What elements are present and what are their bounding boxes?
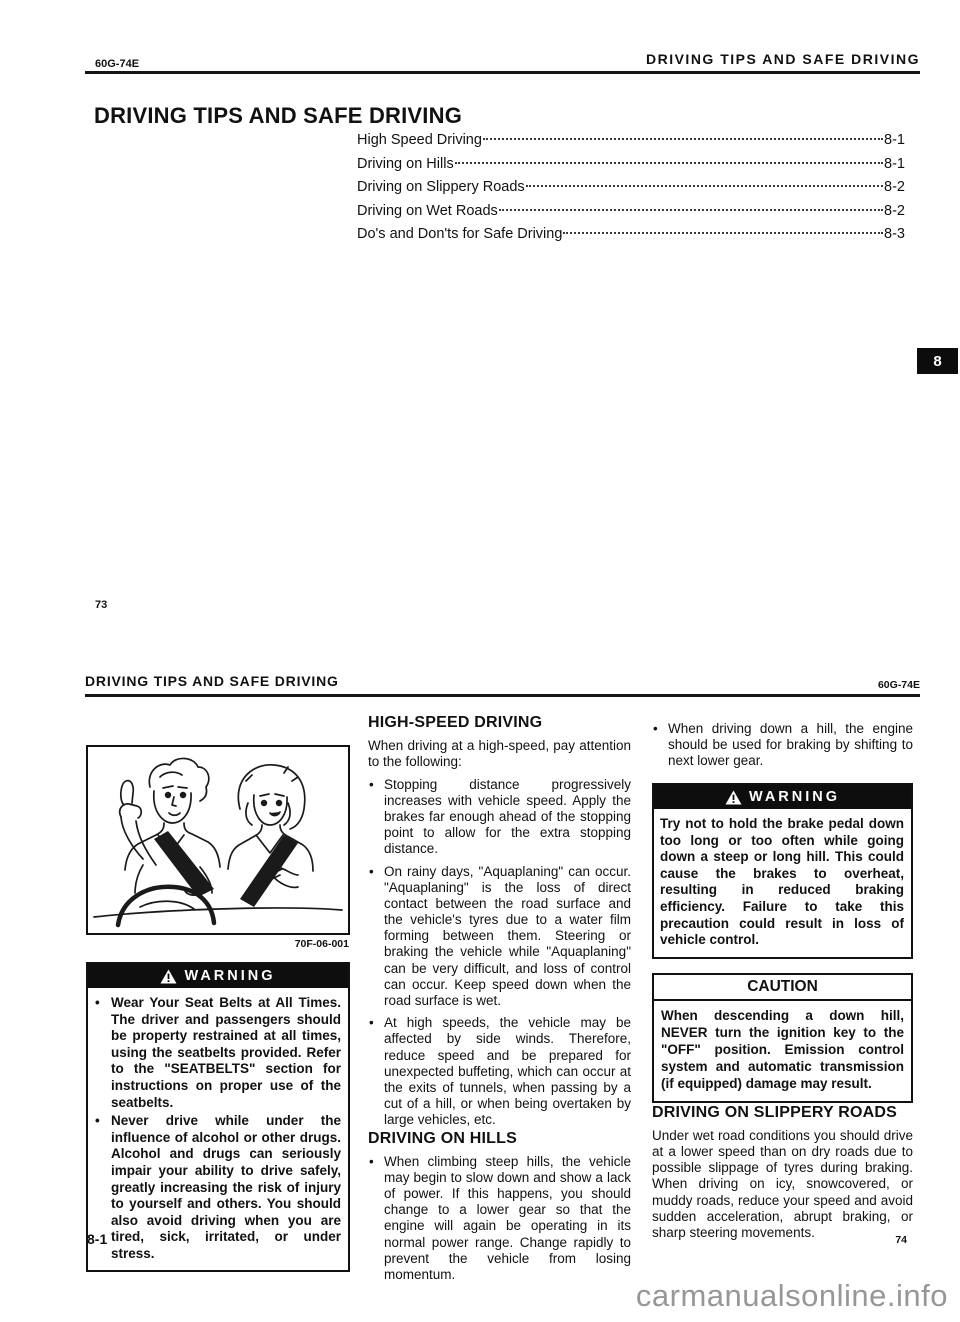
warning-item-text: Wear Your Seat Belts at All Times. The d… [111,995,341,1111]
warning-body: • Wear Your Seat Belts at All Times. The… [88,988,348,1271]
heading-driving-on-hills: DRIVING ON HILLS [368,1129,631,1148]
warning-body: Try not to hold the brake pedal down too… [654,809,911,957]
bullet-marker: • [368,1015,384,1128]
section-thumb-tab: 8 [917,348,958,374]
warning-item: • Never drive while under the influence … [94,1113,341,1262]
scan-page-number-74: 74 [895,1234,907,1246]
toc-dot-leader [455,162,883,164]
warning-item-text: Never drive while under the influence of… [111,1113,341,1262]
slippery-roads-text: Under wet road conditions you should dri… [652,1128,913,1241]
warning-triangle-icon [725,790,742,805]
running-header-top-right: DRIVING TIPS AND SAFE DRIVING [646,51,920,67]
toc-entry-label: Do's and Don'ts for Safe Driving [357,226,562,242]
figure-code-label: 70F-06-001 [86,938,349,951]
toc-entry-label: High Speed Driving [357,132,482,148]
bullet-marker: • [368,777,384,858]
list-item: • Stopping distance progressively increa… [368,777,631,858]
toc-entry: Do's and Don'ts for Safe Driving 8-3 [357,226,905,250]
toc-entry-page: 8-1 [884,132,905,148]
manual-scan-sheet: 60G-74E DRIVING TIPS AND SAFE DRIVING DR… [0,0,960,1322]
list-item-text: When climbing steep hills, the vehicle m… [384,1154,631,1284]
bullet-marker: • [368,864,384,1010]
list-item: • At high speeds, the vehicle may be aff… [368,1015,631,1128]
heading-high-speed-driving: HIGH-SPEED DRIVING [368,713,631,732]
warning-item: • Wear Your Seat Belts at All Times. The… [94,995,341,1111]
list-item: • When climbing steep hills, the vehicle… [368,1154,631,1284]
column-middle: HIGH-SPEED DRIVING When driving at a hig… [368,713,631,1283]
toc-entry: Driving on Wet Roads 8-2 [357,203,905,227]
warning-title: WARNING [749,789,840,806]
list-item-text: When driving down a hill, the engine sho… [668,721,913,770]
header-rule-top [85,71,920,74]
toc-dot-leader [499,209,883,211]
toc-entry-page: 8-2 [884,203,905,219]
toc-entry-label: Driving on Hills [357,156,454,172]
toc-entry: High Speed Driving 8-1 [357,132,905,156]
caution-text: When descending a down hill, NEVER turn … [654,1001,911,1100]
bullet-marker: • [94,995,111,1111]
caution-header: CAUTION [654,975,911,1002]
page-code-top-left: 60G-74E [95,58,139,70]
warning-header: WARNING [88,964,348,988]
list-item: • On rainy days, "Aquaplaning" can occur… [368,864,631,1010]
scan-page-number-73: 73 [95,599,107,611]
toc-entry-page: 8-2 [884,179,905,195]
list-item-text: On rainy days, "Aquaplaning" can occur. … [384,864,631,1010]
list-item-text: Stopping distance progressively increase… [384,777,631,858]
brake-warning-box: WARNING Try not to hold the brake pedal … [652,783,913,959]
bullet-marker: • [652,721,668,770]
toc-entry-page: 8-3 [884,226,905,242]
toc-dot-leader [563,232,883,234]
chapter-title: DRIVING TIPS AND SAFE DRIVING [94,103,462,129]
header-rule-bottom [85,694,920,697]
toc-dot-leader [483,138,883,140]
warning-text: Try not to hold the brake pedal down too… [660,816,904,949]
warning-triangle-icon [160,969,177,984]
seatbelt-warning-box: WARNING • Wear Your Seat Belts at All Ti… [86,962,350,1273]
toc-entry-page: 8-1 [884,156,905,172]
heading-driving-on-slippery-roads: DRIVING ON SLIPPERY ROADS [652,1103,913,1122]
seatbelt-illustration [86,745,350,935]
running-header-bottom-left: DRIVING TIPS AND SAFE DRIVING [85,673,339,689]
toc-entry: Driving on Slippery Roads 8-2 [357,179,905,203]
warning-title: WARNING [184,968,275,985]
toc-dot-leader [526,185,883,187]
column-right: • When driving down a hill, the engine s… [652,721,913,1241]
bullet-marker: • [368,1154,384,1284]
driver-passenger-drawing [88,747,348,929]
page-code-bottom-right: 60G-74E [878,679,920,691]
warning-header: WARNING [654,785,911,809]
watermark-carmanualsonline: carmanualsonline.info [636,1278,948,1314]
column-left: 70F-06-001 WARNING • Wear Your Seat Belt… [86,745,350,1272]
table-of-contents: High Speed Driving 8-1 Driving on Hills … [357,132,905,250]
toc-entry-label: Driving on Slippery Roads [357,179,525,195]
list-item: • When driving down a hill, the engine s… [652,721,913,770]
toc-entry-label: Driving on Wet Roads [357,203,498,219]
manual-page-number-8-1: 8-1 [87,1231,107,1247]
toc-entry: Driving on Hills 8-1 [357,156,905,180]
caution-box: CAUTION When descending a down hill, NEV… [652,973,913,1103]
high-speed-intro: When driving at a high-speed, pay attent… [368,738,631,770]
list-item-text: At high speeds, the vehicle may be affec… [384,1015,631,1128]
